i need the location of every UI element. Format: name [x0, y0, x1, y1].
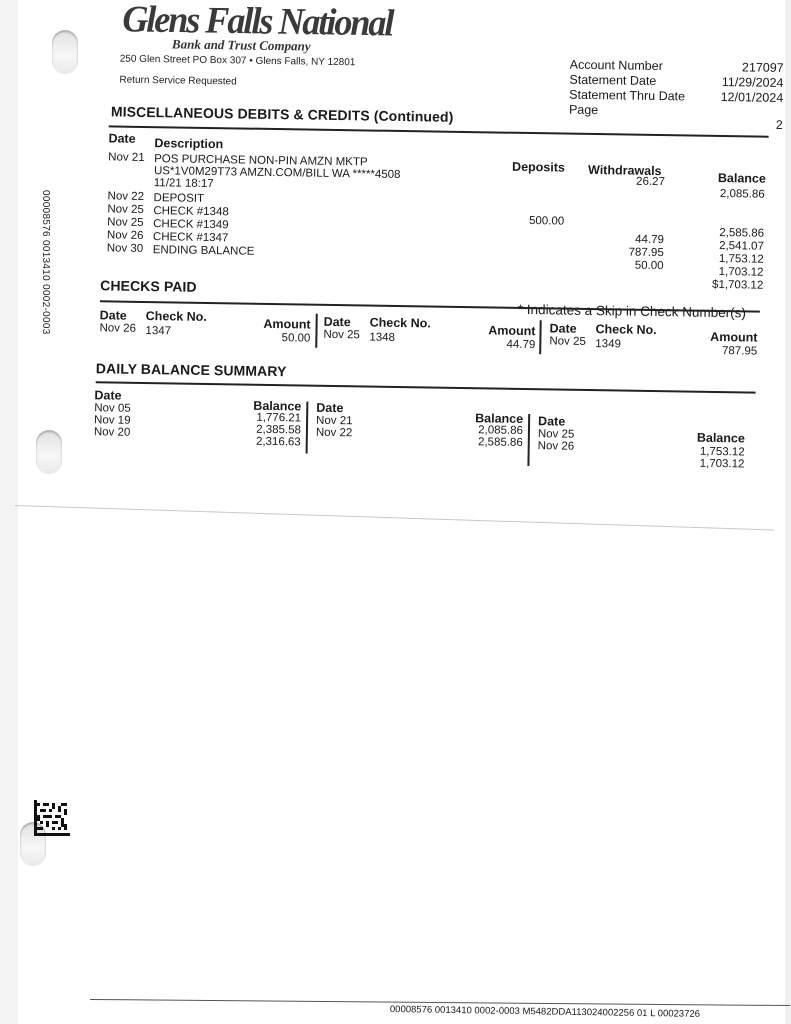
daily-balance: 1,776.21 [256, 412, 301, 425]
misc-row-deposit: 500.00 [529, 215, 564, 228]
daily-balance: 1,703.12 [700, 458, 745, 471]
bank-address: 250 Glen Street PO Box 307 • Glens Falls… [120, 54, 356, 69]
daily-date: Nov 05 [94, 402, 131, 415]
statement-date-value: 11/29/2024 [722, 75, 784, 91]
misc-row-balance: $1,703.12 [712, 279, 763, 292]
daily-balance: 1,753.12 [700, 446, 745, 459]
misc-row-date: Nov 22 [107, 190, 144, 203]
checks-header-amount: Amount [710, 330, 757, 345]
checks-header-amount: Amount [263, 317, 310, 332]
misc-row-date: Nov 21 [108, 151, 145, 164]
account-info: Account Number217097 Statement Date11/29… [569, 58, 784, 133]
check-date: Nov 26 [99, 322, 136, 335]
daily-date: Nov 26 [538, 440, 575, 453]
checks-header-check-no: Check No. [370, 316, 431, 331]
daily-balance-title: DAILY BALANCE SUMMARY [96, 360, 287, 379]
checks-header-date: Date [100, 308, 127, 322]
daily-balance: 2,585.86 [478, 436, 523, 449]
daily-header-date: Date [94, 388, 121, 402]
misc-header-description: Description [154, 136, 223, 151]
misc-row-date: Nov 26 [107, 229, 144, 242]
check-number: 1348 [369, 332, 395, 344]
misc-row-date: Nov 25 [107, 203, 144, 216]
daily-rule [96, 381, 756, 393]
misc-row-withdrawal: 787.95 [628, 247, 663, 260]
checks-header-date: Date [549, 321, 576, 335]
daily-date: Nov 22 [316, 427, 353, 440]
daily-header-date: Date [316, 401, 343, 415]
daily-header-balance: Balance [697, 431, 745, 446]
misc-row-description: ENDING BALANCE [153, 244, 255, 258]
misc-row-balance: 2,085.86 [720, 188, 765, 201]
misc-row-date: Nov 25 [107, 216, 144, 229]
checks-header-check-no: Check No. [146, 309, 207, 324]
misc-row-description: CHECK #1347 [153, 231, 229, 244]
misc-row-withdrawal: 26.27 [636, 176, 665, 188]
datamatrix-barcode-icon [33, 800, 71, 836]
misc-row-date: Nov 30 [107, 242, 144, 255]
checks-column-divider [539, 320, 541, 354]
return-service-text: Return Service Requested [119, 75, 236, 88]
daily-balance: 2,316.63 [256, 436, 301, 449]
check-amount: 787.95 [722, 345, 757, 358]
check-number: 1347 [145, 325, 171, 337]
daily-column-divider [527, 414, 529, 466]
bank-subtitle: Bank and Trust Company [172, 36, 311, 54]
misc-section-title: MISCELLANEOUS DEBITS & CREDITS (Continue… [111, 103, 454, 124]
checks-header-check-no: Check No. [595, 322, 656, 337]
check-amount: 44.79 [506, 339, 535, 351]
check-date: Nov 25 [323, 329, 360, 342]
statement-thru-date-value: 12/01/2024 [721, 90, 784, 106]
misc-row-balance: 1,753.12 [719, 253, 764, 266]
checks-header-date: Date [324, 315, 351, 329]
page-label: Page [569, 103, 599, 130]
misc-row-description: 11/21 18:17 [154, 177, 214, 190]
check-number: 1349 [595, 338, 621, 350]
check-amount: 50.00 [282, 332, 311, 344]
checks-column-divider [315, 314, 317, 348]
daily-column-divider [306, 402, 308, 454]
statement-date-label: Statement Date [569, 73, 656, 89]
daily-header-date: Date [538, 414, 565, 428]
misc-header-balance: Balance [718, 171, 766, 186]
daily-balance: 2,385.58 [256, 424, 301, 437]
daily-date: Nov 25 [538, 428, 575, 441]
misc-row-description: CHECK #1349 [153, 218, 229, 231]
misc-row-balance: 2,541.07 [719, 240, 764, 253]
daily-balance: 2,085.86 [478, 424, 523, 437]
daily-date: Nov 20 [94, 426, 131, 439]
misc-row-withdrawal: 50.00 [635, 260, 664, 272]
account-number-label: Account Number [570, 58, 663, 74]
check-date: Nov 25 [549, 335, 586, 348]
checks-header-amount: Amount [488, 323, 535, 338]
misc-row-withdrawal: 44.79 [635, 234, 664, 246]
account-number-value: 217097 [742, 60, 784, 76]
daily-date: Nov 21 [316, 415, 353, 428]
misc-row-description: DEPOSIT [153, 192, 204, 205]
misc-header-date: Date [108, 131, 135, 145]
misc-row-balance: 2,585.86 [719, 227, 764, 240]
statement-page: Glens Falls National Bank and Trust Comp… [0, 0, 791, 1024]
misc-row-description: CHECK #1348 [153, 205, 229, 218]
daily-date: Nov 19 [94, 414, 131, 427]
misc-header-deposits: Deposits [512, 160, 565, 175]
misc-row-balance: 1,703.12 [719, 266, 764, 279]
checks-paid-title: CHECKS PAID [100, 277, 197, 295]
page-value: 2 [776, 118, 783, 133]
